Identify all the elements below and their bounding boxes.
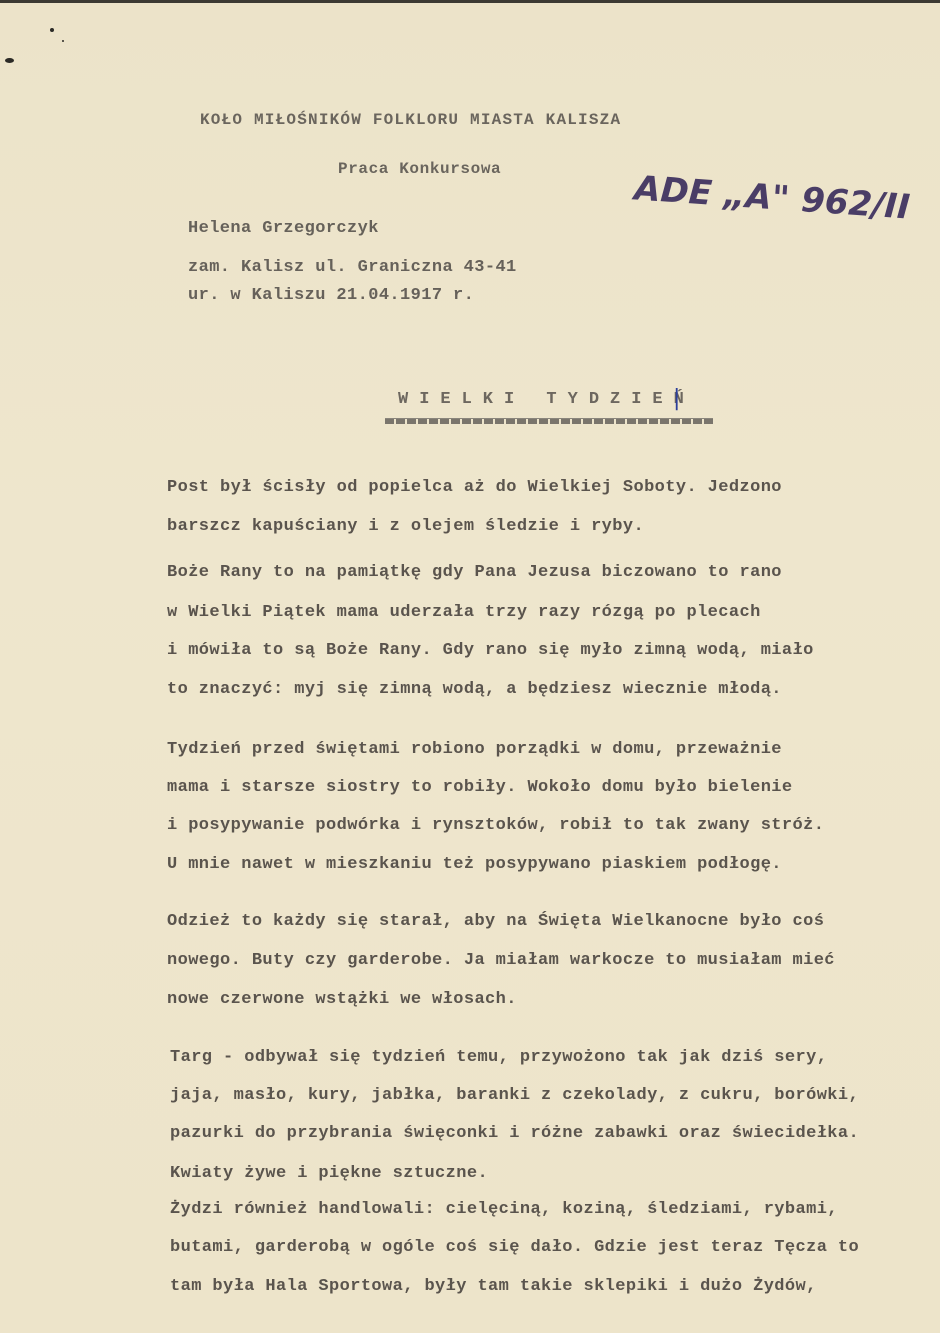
organization-header: KOŁO MIŁOŚNIKÓW FOLKLORU MIASTA KALISZA <box>200 111 621 129</box>
document-title: WIELKI TYDZIEŃ <box>398 390 695 409</box>
pencil-correction: | <box>673 386 680 411</box>
paragraph-line: Post był ścisły od popielca aż do Wielki… <box>167 478 782 497</box>
author-address: zam. Kalisz ul. Graniczna 43-41 <box>188 258 517 277</box>
paragraph-line: Tydzień przed świętami robiono porządki … <box>167 740 782 759</box>
paragraph-line: i posypywanie podwórka i rynsztoków, rob… <box>167 816 824 835</box>
paragraph-line: nowego. Buty czy garderobe. Ja miałam wa… <box>167 951 835 970</box>
paragraph-line: Boże Rany to na pamiątkę gdy Pana Jezusa… <box>167 563 782 582</box>
paragraph-line: U mnie nawet w mieszkaniu też posypywano… <box>167 855 782 874</box>
paragraph-line: mama i starsze siostry to robiły. Wokoło… <box>167 778 793 797</box>
paragraph-line: Odzież to każdy się starał, aby na Święt… <box>167 912 824 931</box>
paragraph-line: tam była Hala Sportowa, były tam takie s… <box>170 1277 817 1296</box>
paragraph-line: Kwiaty żywe i piękne sztuczne. <box>170 1164 488 1183</box>
paragraph-line: i mówiła to są Boże Rany. Gdy rano się m… <box>167 641 814 660</box>
scan-speck <box>62 40 64 42</box>
scanned-page: KOŁO MIŁOŚNIKÓW FOLKLORU MIASTA KALISZA … <box>0 0 940 1333</box>
scan-speck <box>50 28 54 32</box>
title-underline <box>385 418 713 424</box>
paragraph-line: w Wielki Piątek mama uderzała trzy razy … <box>167 603 761 622</box>
paragraph-line: barszcz kapuściany i z olejem śledzie i … <box>167 517 644 536</box>
archive-mark: ADE „A" 962/II <box>633 168 911 227</box>
author-birth: ur. w Kaliszu 21.04.1917 r. <box>188 286 474 305</box>
paragraph-line: jaja, masło, kury, jabłka, baranki z cze… <box>170 1086 859 1105</box>
paragraph-line: butami, garderobą w ogóle coś się dało. … <box>170 1238 859 1257</box>
paragraph-line: Targ - odbywał się tydzień temu, przywoż… <box>170 1048 827 1067</box>
paragraph-line: nowe czerwone wstążki we włosach. <box>167 990 517 1009</box>
document-subtitle: Praca Konkursowa <box>338 160 501 178</box>
scan-edge <box>0 0 940 3</box>
paragraph-line: pazurki do przybrania święconki i różne … <box>170 1124 859 1143</box>
scan-speck <box>5 58 14 63</box>
paragraph-line: to znaczyć: myj się zimną wodą, a będzie… <box>167 680 782 699</box>
paragraph-line: Żydzi również handlowali: cielęciną, koz… <box>170 1200 838 1219</box>
author-name: Helena Grzegorczyk <box>188 219 379 238</box>
